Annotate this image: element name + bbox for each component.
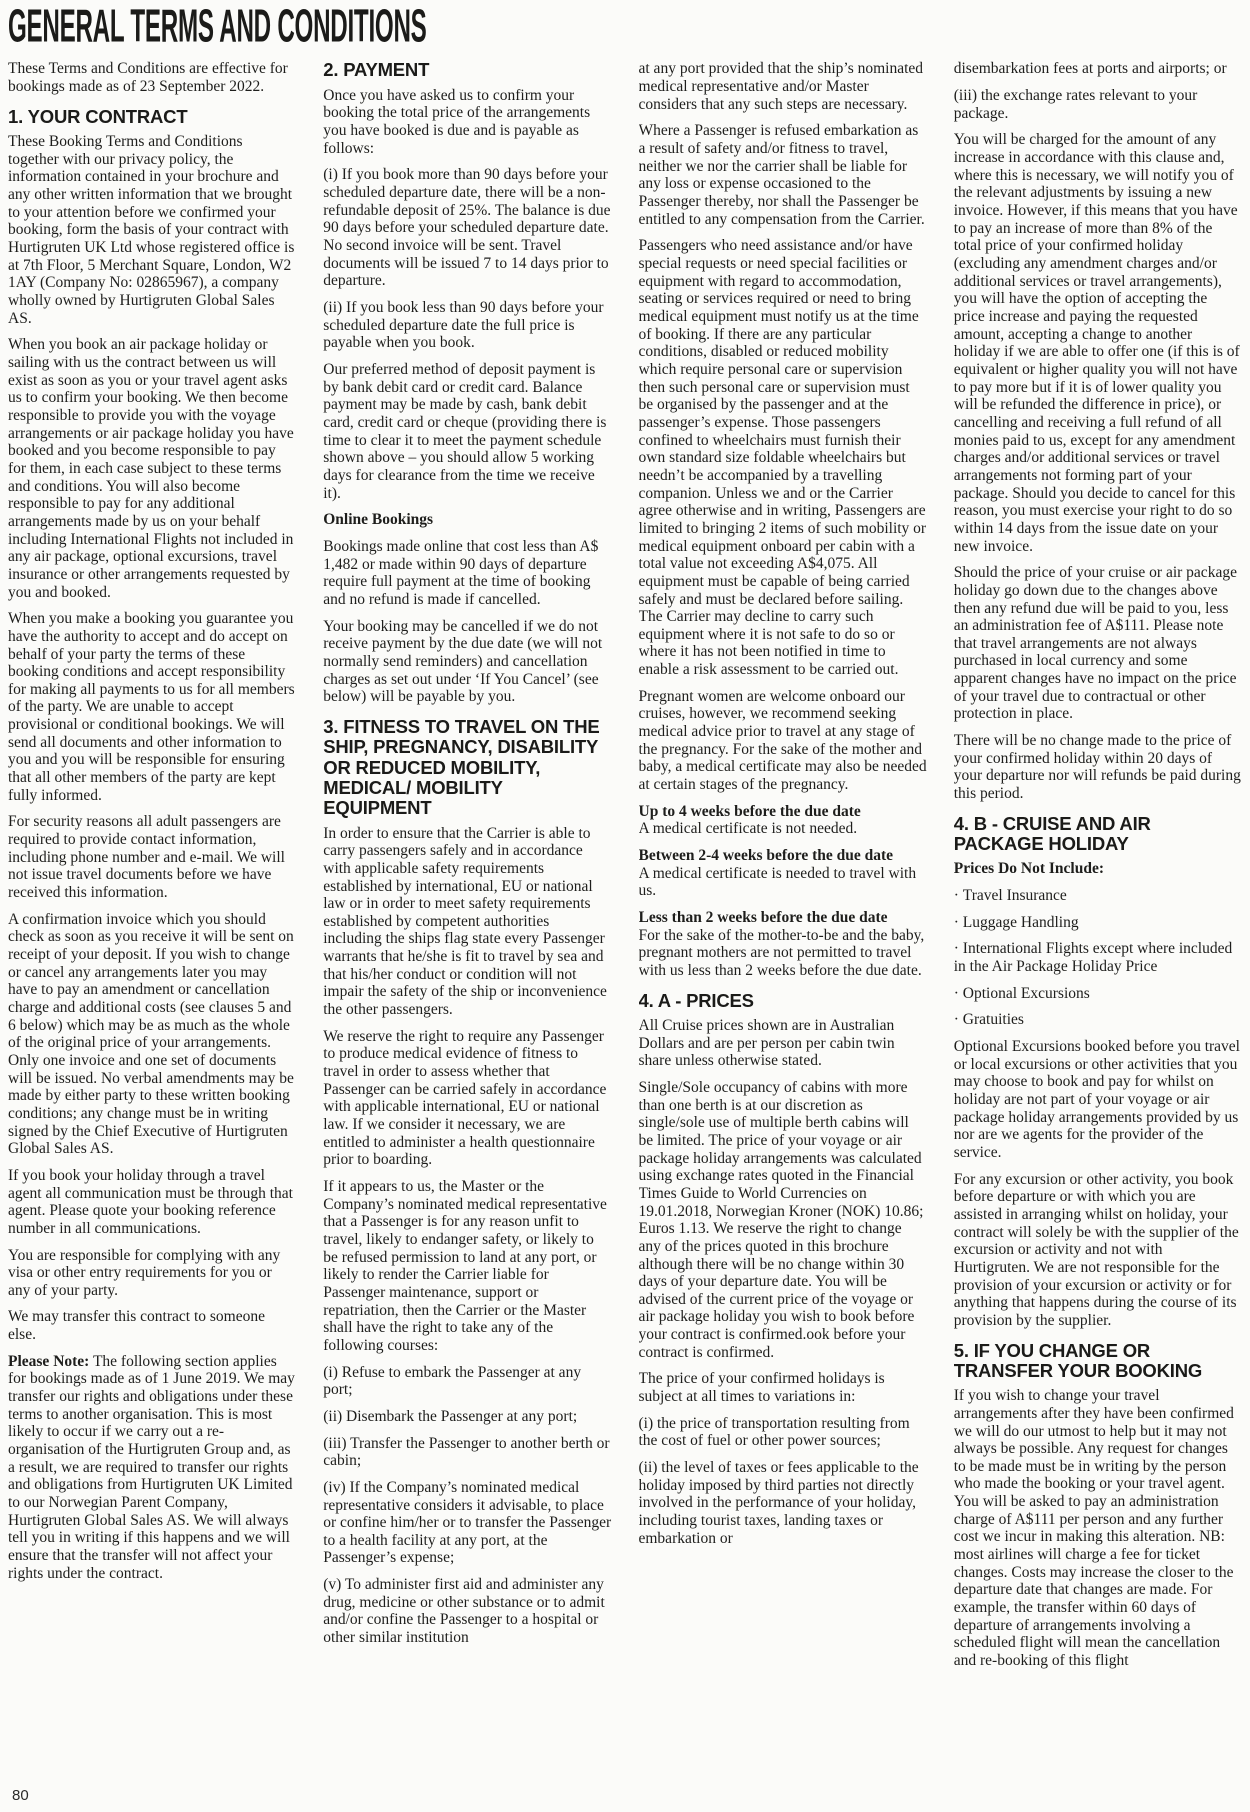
paragraph: Your booking may be cancelled if we do n… bbox=[323, 618, 611, 706]
bullet-item: International Flights except where inclu… bbox=[954, 940, 1242, 975]
paragraph: disembarkation fees at ports and airport… bbox=[954, 60, 1242, 78]
sub-heading: Online Bookings bbox=[323, 511, 611, 529]
paragraph: Our preferred method of deposit payment … bbox=[323, 361, 611, 502]
paragraph: Where a Passenger is refused embarkation… bbox=[639, 122, 927, 228]
paragraph: We may transfer this contract to someone… bbox=[8, 1308, 296, 1343]
text-columns: These Terms and Conditions are effective… bbox=[8, 60, 1242, 1790]
paragraph: Passengers who need assistance and/or ha… bbox=[639, 237, 927, 678]
paragraph: For any excursion or other activity, you… bbox=[954, 1171, 1242, 1330]
sub-heading: Between 2-4 weeks before the due date bbox=[639, 847, 927, 865]
bullet-item: Travel Insurance bbox=[954, 887, 1242, 905]
paragraph: A medical certificate is not needed. bbox=[639, 820, 927, 838]
terms-and-conditions-page: GENERAL TERMS AND CONDITIONS These Terms… bbox=[0, 0, 1250, 1812]
paragraph: at any port provided that the ship’s nom… bbox=[639, 60, 927, 113]
section-heading: 4. B - CRUISE AND AIR PACKAGE HOLIDAY bbox=[954, 814, 1242, 855]
paragraph: (i) the price of transportation resultin… bbox=[639, 1415, 927, 1450]
paragraph: In order to ensure that the Carrier is a… bbox=[323, 825, 611, 1019]
paragraph: When you book an air package holiday or … bbox=[8, 336, 296, 601]
paragraph: (iv) If the Company’s nominated medical … bbox=[323, 1479, 611, 1567]
paragraph: You are responsible for complying with a… bbox=[8, 1247, 296, 1300]
paragraph: Pregnant women are welcome onboard our c… bbox=[639, 688, 927, 794]
paragraph: We reserve the right to require any Pass… bbox=[323, 1028, 611, 1169]
paragraph: Should the price of your cruise or air p… bbox=[954, 564, 1242, 723]
paragraph: (ii) If you book less than 90 days befor… bbox=[323, 299, 611, 352]
column-2: 2. PAYMENTOnce you have asked us to conf… bbox=[323, 60, 611, 1790]
paragraph: (i) Refuse to embark the Passenger at an… bbox=[323, 1364, 611, 1399]
page-title: GENERAL TERMS AND CONDITIONS bbox=[8, 6, 687, 48]
paragraph: You will be charged for the amount of an… bbox=[954, 131, 1242, 555]
paragraph: (i) If you book more than 90 days before… bbox=[323, 166, 611, 290]
paragraph: For security reasons all adult passenger… bbox=[8, 813, 296, 901]
section-heading: 2. PAYMENT bbox=[323, 60, 611, 80]
paragraph: For the sake of the mother-to-be and the… bbox=[639, 927, 927, 980]
paragraph: Optional Excursions booked before you tr… bbox=[954, 1038, 1242, 1162]
section-heading: 1. YOUR CONTRACT bbox=[8, 107, 296, 127]
paragraph: If you book your holiday through a trave… bbox=[8, 1167, 296, 1238]
column-3: at any port provided that the ship’s nom… bbox=[639, 60, 927, 1790]
paragraph: (iii) Transfer the Passenger to another … bbox=[323, 1435, 611, 1470]
sub-heading: Less than 2 weeks before the due date bbox=[639, 909, 927, 927]
sub-heading: Prices Do Not Include: bbox=[954, 860, 1242, 878]
paragraph: (ii) the level of taxes or fees applicab… bbox=[639, 1459, 927, 1547]
paragraph: These Terms and Conditions are effective… bbox=[8, 60, 296, 95]
paragraph: (iii) the exchange rates relevant to you… bbox=[954, 87, 1242, 122]
section-heading: 3. FITNESS TO TRAVEL ON THE SHIP, PREGNA… bbox=[323, 717, 611, 819]
paragraph: If you wish to change your travel arrang… bbox=[954, 1387, 1242, 1670]
paragraph: All Cruise prices shown are in Australia… bbox=[639, 1017, 927, 1070]
paragraph: When you make a booking you guarantee yo… bbox=[8, 610, 296, 804]
paragraph: Please Note: The following section appli… bbox=[8, 1353, 296, 1583]
paragraph: These Booking Terms and Conditions toget… bbox=[8, 133, 296, 327]
paragraph: A medical certificate is needed to trave… bbox=[639, 865, 927, 900]
paragraph: The price of your confirmed holidays is … bbox=[639, 1370, 927, 1405]
column-1: These Terms and Conditions are effective… bbox=[8, 60, 296, 1790]
paragraph: (ii) Disembark the Passenger at any port… bbox=[323, 1408, 611, 1426]
bullet-item: Luggage Handling bbox=[954, 914, 1242, 932]
page-number: 80 bbox=[12, 1787, 29, 1804]
section-heading: 4. A - PRICES bbox=[639, 991, 927, 1011]
column-4: disembarkation fees at ports and airport… bbox=[954, 60, 1242, 1790]
paragraph: Single/Sole occupancy of cabins with mor… bbox=[639, 1079, 927, 1362]
bullet-item: Optional Excursions bbox=[954, 985, 1242, 1003]
paragraph: Bookings made online that cost less than… bbox=[323, 538, 611, 609]
sub-heading: Up to 4 weeks before the due date bbox=[639, 803, 927, 821]
paragraph: If it appears to us, the Master or the C… bbox=[323, 1178, 611, 1355]
section-heading: 5. IF YOU CHANGE OR TRANSFER YOUR BOOKIN… bbox=[954, 1341, 1242, 1382]
paragraph: (v) To administer first aid and administ… bbox=[323, 1576, 611, 1647]
paragraph: A confirmation invoice which you should … bbox=[8, 911, 296, 1158]
bullet-item: Gratuities bbox=[954, 1011, 1242, 1029]
paragraph: Once you have asked us to confirm your b… bbox=[323, 87, 611, 158]
bold-lead: Please Note: bbox=[8, 1353, 89, 1370]
paragraph: There will be no change made to the pric… bbox=[954, 732, 1242, 803]
